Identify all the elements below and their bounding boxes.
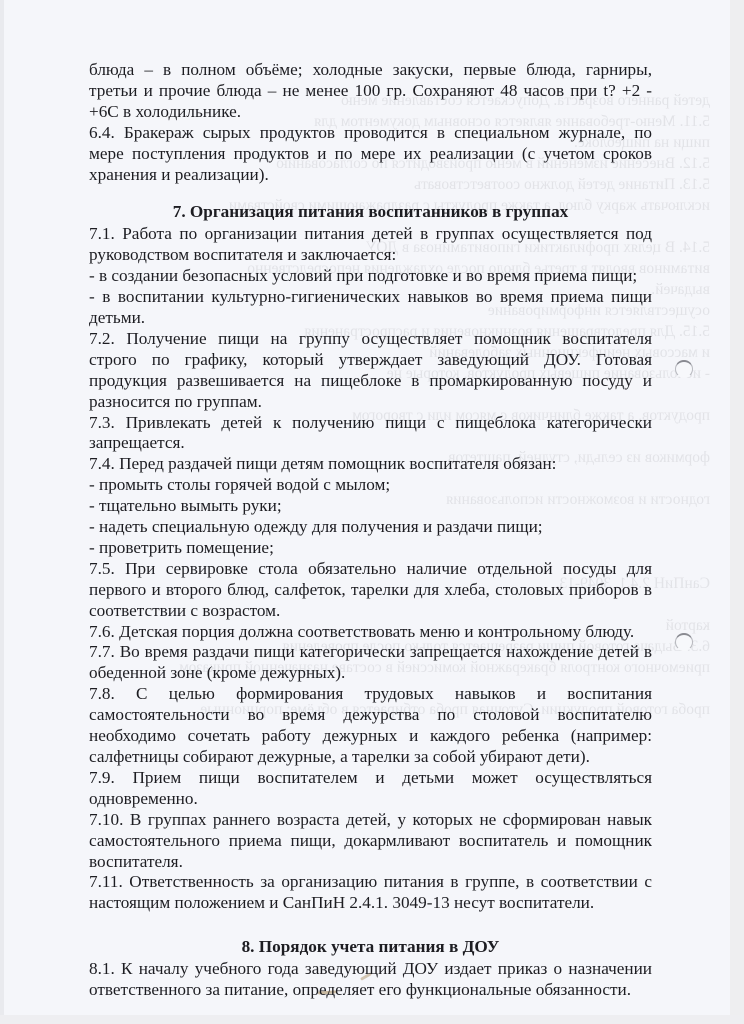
paragraph-6-3-continued: блюда – в полном объёме; холодные закуск… — [89, 60, 652, 123]
paragraph-7-4: 7.4. Перед раздачей пищи детям помощник … — [89, 454, 652, 475]
scan-edge-right — [730, 0, 744, 1024]
paragraph-7-10: 7.10. В группах раннего возраста детей, … — [89, 810, 652, 873]
paragraph-7-1-item-a: - в создании безопасных условий при подг… — [89, 266, 652, 287]
paragraph-7-8: 7.8. С целью формирования трудовых навык… — [89, 684, 652, 768]
paragraph-7-4-item-a: - промыть столы горячей водой с мылом; — [89, 475, 652, 496]
punch-hole-upper-icon — [675, 360, 693, 378]
section-7-heading: 7. Организация питания воспитанников в г… — [89, 202, 652, 223]
paragraph-7-7: 7.7. Во время раздачи пищи категорически… — [89, 642, 652, 684]
document-body: блюда – в полном объёме; холодные закуск… — [89, 60, 652, 1001]
paragraph-7-6: 7.6. Детская порция должна соответствова… — [89, 622, 652, 643]
paragraph-7-4-item-d: - проветрить помещение; — [89, 538, 652, 559]
scan-edge-bottom — [0, 1015, 744, 1024]
punch-hole-lower-icon — [675, 633, 693, 651]
paragraph-7-3: 7.3. Привлекать детей к получению пищи с… — [89, 413, 652, 455]
paragraph-7-1: 7.1. Работа по организации питания детей… — [89, 224, 652, 266]
paragraph-7-4-item-b: - тщательно вымыть руки; — [89, 496, 652, 517]
paragraph-7-4-item-c: - надеть специальную одежду для получени… — [89, 517, 652, 538]
section-8-heading: 8. Порядок учета питания в ДОУ — [89, 937, 652, 958]
paragraph-7-1-item-b: - в воспитании культурно-гигиенических н… — [89, 287, 652, 329]
paragraph-6-4: 6.4. Бракераж сырых продуктов проводится… — [89, 123, 652, 186]
paragraph-8-1: 8.1. К началу учебного года заведующий Д… — [89, 959, 652, 1001]
paragraph-7-5: 7.5. При сервировке стола обязательно на… — [89, 559, 652, 622]
paragraph-7-11: 7.11. Ответственность за организацию пит… — [89, 872, 652, 914]
paragraph-7-9: 7.9. Прием пищи воспитателем и детьми мо… — [89, 768, 652, 810]
paragraph-7-2: 7.2. Получение пищи на группу осуществля… — [89, 329, 652, 413]
